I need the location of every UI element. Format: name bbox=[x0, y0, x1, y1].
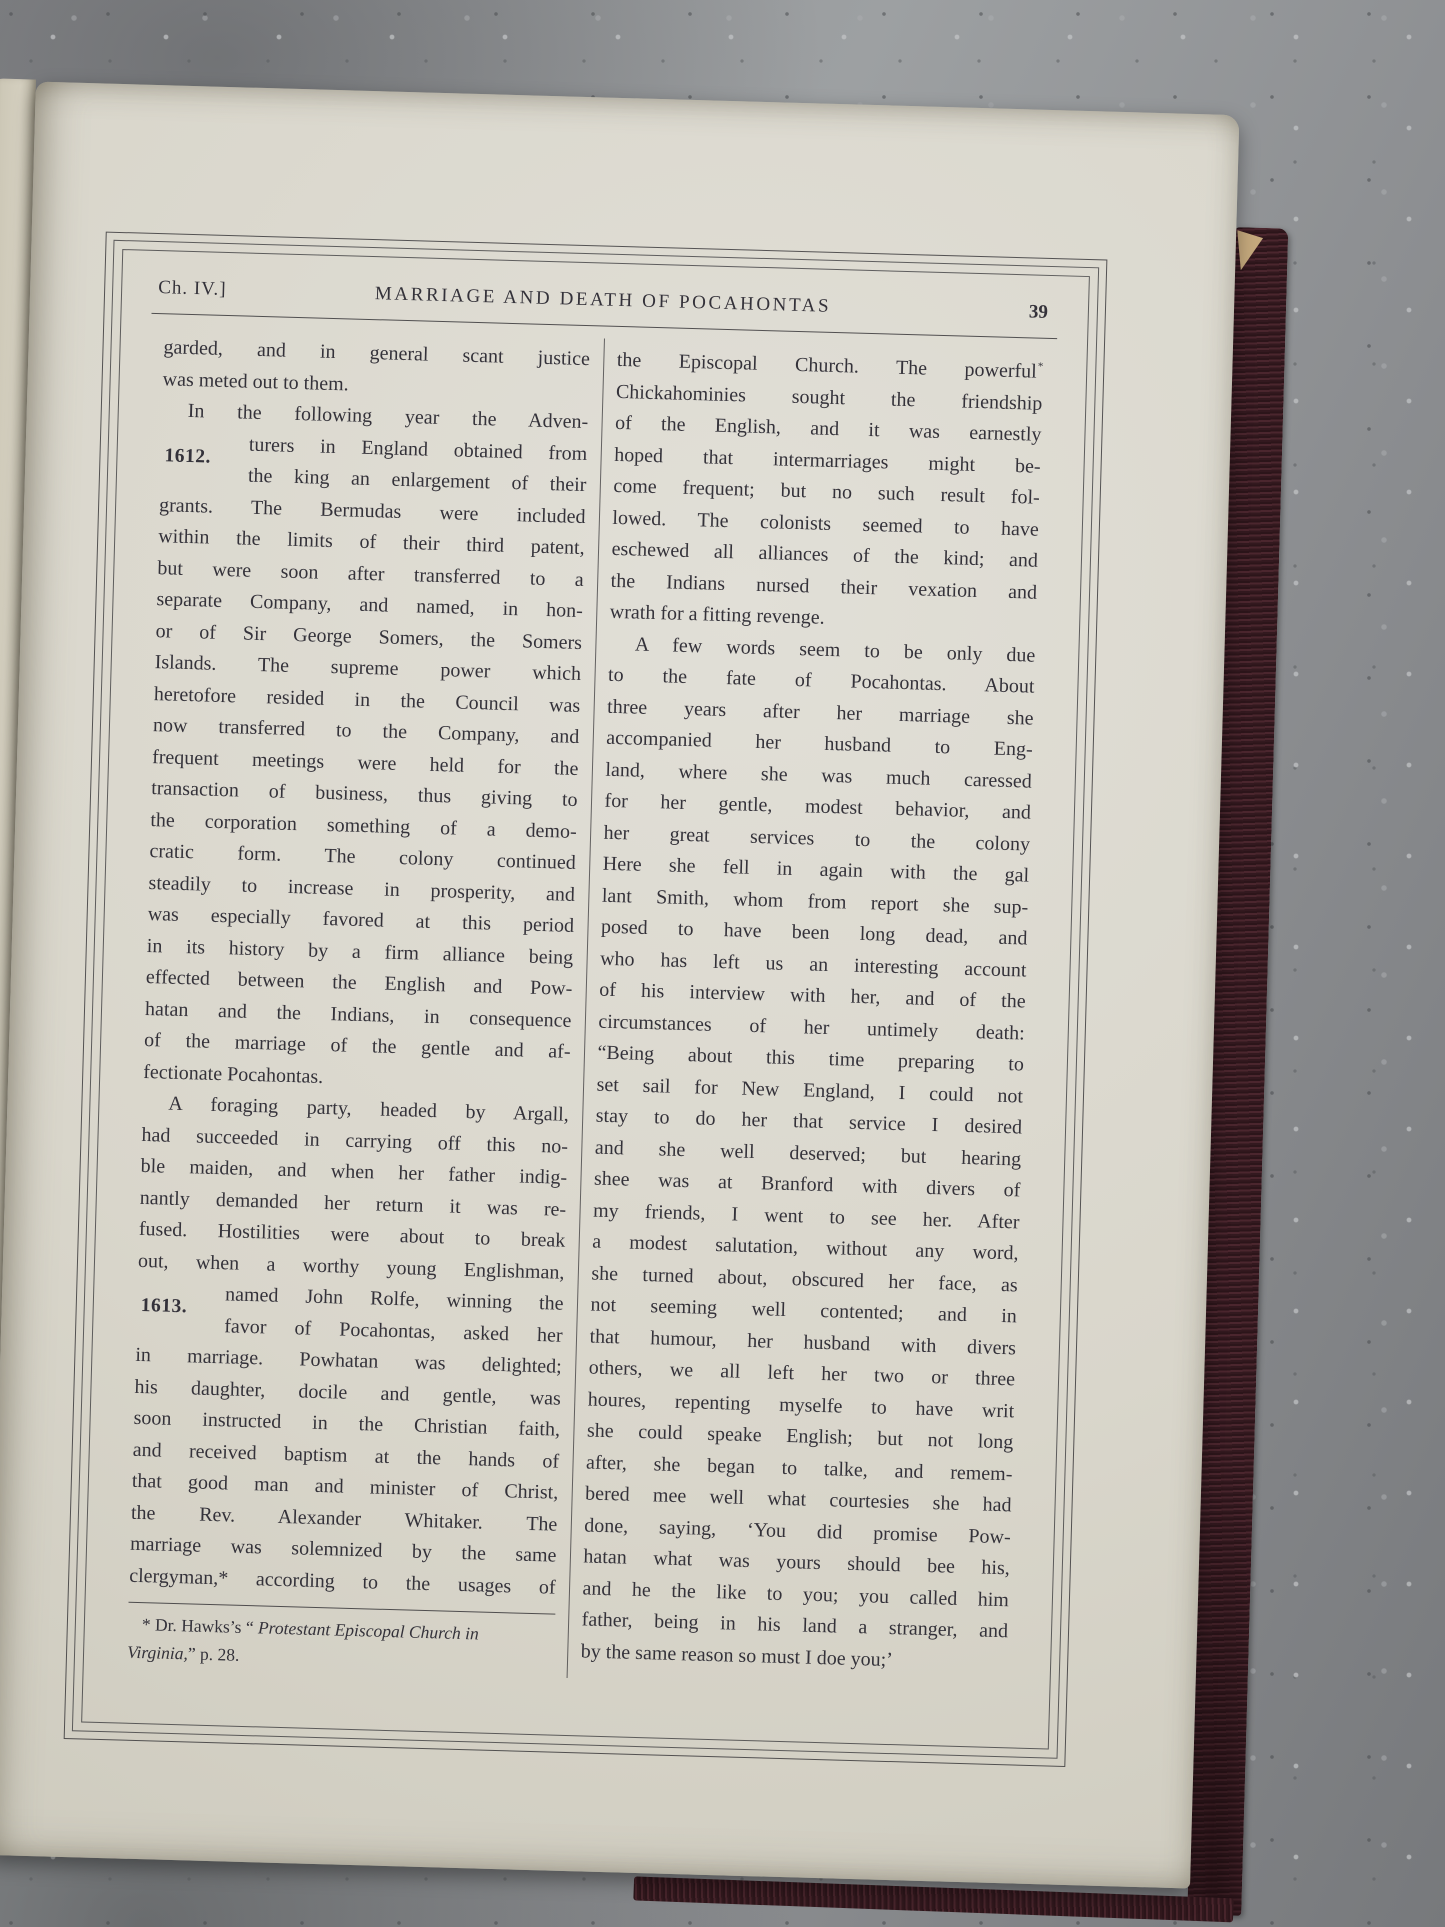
page-frame-outer: Ch. IV.] MARRIAGE AND DEATH OF POCAHONTA… bbox=[64, 232, 1108, 1767]
footnote-text: ” p. 28. bbox=[188, 1643, 240, 1664]
page-number: 39 bbox=[918, 298, 1053, 324]
column-right: the Episcopal Church. The powerful*Chick… bbox=[566, 339, 1057, 1691]
page-content: Ch. IV.] MARRIAGE AND DEATH OF POCAHONTA… bbox=[82, 250, 1089, 1748]
footnote-mark: * bbox=[1038, 361, 1044, 373]
text-columns: garded, and in general scant justicewas … bbox=[114, 326, 1057, 1691]
book-page: Ch. IV.] MARRIAGE AND DEATH OF POCAHONTA… bbox=[0, 82, 1239, 1889]
footnote: * Dr. Hawks’s “ Protestant Episcopal Chu… bbox=[127, 1602, 555, 1678]
page-frame-inner: Ch. IV.] MARRIAGE AND DEATH OF POCAHONTA… bbox=[81, 249, 1090, 1749]
footnote-title-italic: Protestant Episcopal Church in bbox=[258, 1617, 479, 1643]
margin-year-label: 1612. bbox=[164, 440, 211, 473]
worn-corner-chip bbox=[1236, 230, 1263, 271]
column-left-lines: garded, and in general scant justicewas … bbox=[129, 332, 591, 1603]
photo-background: { "colors": { "background_gray": "#93949… bbox=[0, 0, 1445, 1927]
column-right-lines: the Episcopal Church. The powerful*Chick… bbox=[580, 345, 1043, 1679]
chapter-label: Ch. IV.] bbox=[158, 277, 289, 303]
margin-year-label: 1613. bbox=[140, 1290, 187, 1323]
page-title: MARRIAGE AND DEATH OF POCAHONTAS bbox=[288, 281, 918, 321]
footnote-title-italic: Virginia, bbox=[127, 1641, 188, 1663]
column-left: garded, and in general scant justicewas … bbox=[114, 326, 604, 1678]
book: Ch. IV.] MARRIAGE AND DEATH OF POCAHONTA… bbox=[0, 68, 1292, 1924]
footnote-text: * Dr. Hawks’s “ bbox=[142, 1614, 259, 1637]
page-frame-middle: Ch. IV.] MARRIAGE AND DEATH OF POCAHONTA… bbox=[72, 240, 1099, 1759]
